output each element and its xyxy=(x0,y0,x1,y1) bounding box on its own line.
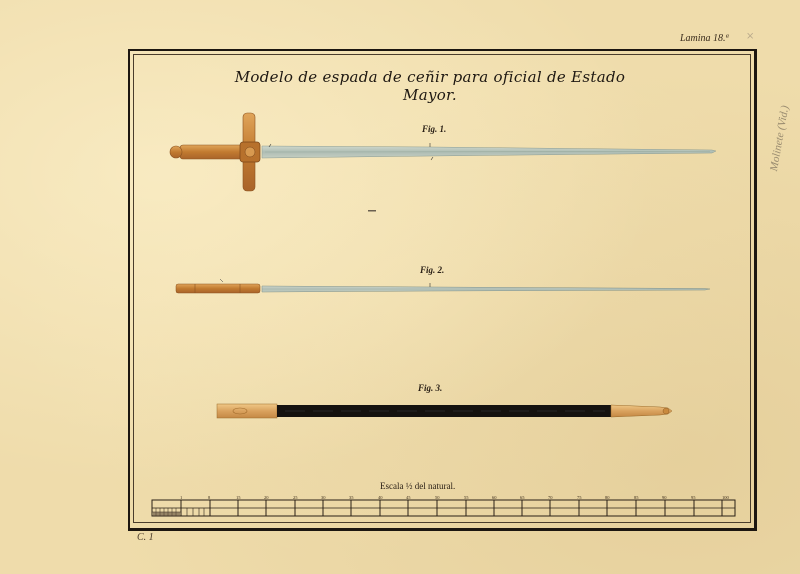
svg-text:1: 1 xyxy=(180,495,182,500)
svg-text:75: 75 xyxy=(577,495,582,500)
figure-2-sword xyxy=(176,279,710,293)
svg-text:50: 50 xyxy=(435,495,440,500)
scale-title: Escala ½ del natural. xyxy=(380,481,455,491)
corner-note: C. 1 xyxy=(137,532,154,543)
svg-text:100: 100 xyxy=(722,495,730,500)
svg-text:80: 80 xyxy=(605,495,610,500)
figure-1-sword xyxy=(170,113,716,212)
figure-3-scabbard xyxy=(217,404,672,418)
scale-tick-labels: 1 8 15 20 25 30 35 40 45 50 55 60 65 70 … xyxy=(180,495,730,500)
svg-text:65: 65 xyxy=(520,495,525,500)
svg-text:35: 35 xyxy=(349,495,354,500)
svg-text:60: 60 xyxy=(492,495,497,500)
svg-text:20: 20 xyxy=(264,495,269,500)
svg-text:45: 45 xyxy=(406,495,411,500)
svg-text:15: 15 xyxy=(236,495,241,500)
svg-text:8: 8 xyxy=(208,495,211,500)
svg-text:30: 30 xyxy=(321,495,326,500)
svg-text:55: 55 xyxy=(464,495,469,500)
svg-text:25: 25 xyxy=(293,495,298,500)
svg-text:85: 85 xyxy=(634,495,639,500)
svg-text:95: 95 xyxy=(691,495,696,500)
svg-text:70: 70 xyxy=(548,495,553,500)
scale-bar xyxy=(152,500,735,516)
svg-text:90: 90 xyxy=(662,495,667,500)
svg-text:40: 40 xyxy=(378,495,383,500)
